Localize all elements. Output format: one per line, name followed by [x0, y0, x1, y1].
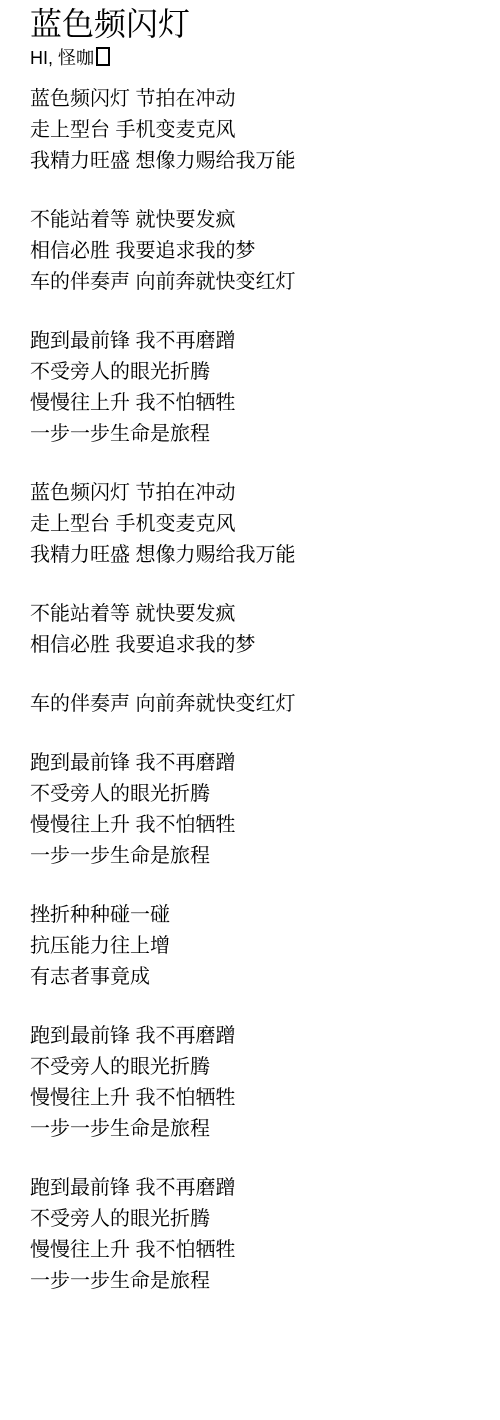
artist-line: HI, 怪咖 [30, 46, 480, 70]
lyric-line: 抗压能力往上增 [30, 931, 480, 962]
lyric-stanza: 不能站着等 就快要发疯相信必胜 我要追求我的梦车的伴奏声 向前奔就快变红灯 [30, 205, 480, 298]
page-title: 蓝色频闪灯 [30, 2, 480, 46]
lyric-line: 相信必胜 我要追求我的梦 [30, 236, 480, 267]
lyric-stanza: 跑到最前锋 我不再磨蹭不受旁人的眼光折腾慢慢往上升 我不怕牺牲一步一步生命是旅程 [30, 1173, 480, 1297]
lyric-stanza: 跑到最前锋 我不再磨蹭不受旁人的眼光折腾慢慢往上升 我不怕牺牲一步一步生命是旅程 [30, 748, 480, 872]
lyric-line: 不能站着等 就快要发疯 [30, 205, 480, 236]
lyric-stanza: 跑到最前锋 我不再磨蹭不受旁人的眼光折腾慢慢往上升 我不怕牺牲一步一步生命是旅程 [30, 1021, 480, 1145]
lyric-line: 有志者事竟成 [30, 962, 480, 993]
lyric-stanza: 跑到最前锋 我不再磨蹭不受旁人的眼光折腾慢慢往上升 我不怕牺牲一步一步生命是旅程 [30, 326, 480, 450]
lyric-line: 跑到最前锋 我不再磨蹭 [30, 326, 480, 357]
missing-glyph-box [96, 47, 110, 66]
lyric-line: 走上型台 手机变麦克风 [30, 115, 480, 146]
lyric-line: 不受旁人的眼光折腾 [30, 357, 480, 388]
lyric-line: 我精力旺盛 想像力赐给我万能 [30, 540, 480, 571]
lyric-line: 一步一步生命是旅程 [30, 841, 480, 872]
lyric-line: 相信必胜 我要追求我的梦 [30, 630, 480, 661]
lyric-line: 慢慢往上升 我不怕牺牲 [30, 388, 480, 419]
lyric-line: 走上型台 手机变麦克风 [30, 509, 480, 540]
lyric-line: 车的伴奏声 向前奔就快变红灯 [30, 689, 480, 720]
lyrics-body: 蓝色频闪灯 节拍在冲动走上型台 手机变麦克风我精力旺盛 想像力赐给我万能不能站着… [30, 84, 480, 1297]
lyric-stanza: 车的伴奏声 向前奔就快变红灯 [30, 689, 480, 720]
lyric-line: 跑到最前锋 我不再磨蹭 [30, 748, 480, 779]
lyric-stanza: 蓝色频闪灯 节拍在冲动走上型台 手机变麦克风我精力旺盛 想像力赐给我万能 [30, 478, 480, 571]
lyric-line: 挫折种种碰一碰 [30, 900, 480, 931]
lyric-stanza: 蓝色频闪灯 节拍在冲动走上型台 手机变麦克风我精力旺盛 想像力赐给我万能 [30, 84, 480, 177]
lyric-line: 跑到最前锋 我不再磨蹭 [30, 1021, 480, 1052]
lyric-line: 一步一步生命是旅程 [30, 1266, 480, 1297]
lyric-line: 蓝色频闪灯 节拍在冲动 [30, 478, 480, 509]
lyric-line: 跑到最前锋 我不再磨蹭 [30, 1173, 480, 1204]
lyric-line: 慢慢往上升 我不怕牺牲 [30, 810, 480, 841]
lyric-line: 我精力旺盛 想像力赐给我万能 [30, 146, 480, 177]
lyric-line: 慢慢往上升 我不怕牺牲 [30, 1083, 480, 1114]
lyric-line: 不受旁人的眼光折腾 [30, 1204, 480, 1235]
lyric-stanza: 不能站着等 就快要发疯相信必胜 我要追求我的梦 [30, 599, 480, 661]
lyric-line: 不能站着等 就快要发疯 [30, 599, 480, 630]
lyric-line: 车的伴奏声 向前奔就快变红灯 [30, 267, 480, 298]
lyric-line: 蓝色频闪灯 节拍在冲动 [30, 84, 480, 115]
artist-text: HI, 怪咖 [30, 48, 94, 68]
lyrics-page: 蓝色频闪灯 HI, 怪咖 蓝色频闪灯 节拍在冲动走上型台 手机变麦克风我精力旺盛… [0, 0, 500, 1420]
lyric-line: 一步一步生命是旅程 [30, 419, 480, 450]
lyric-line: 一步一步生命是旅程 [30, 1114, 480, 1145]
lyric-stanza: 挫折种种碰一碰抗压能力往上增有志者事竟成 [30, 900, 480, 993]
lyric-line: 不受旁人的眼光折腾 [30, 779, 480, 810]
lyric-line: 慢慢往上升 我不怕牺牲 [30, 1235, 480, 1266]
lyric-line: 不受旁人的眼光折腾 [30, 1052, 480, 1083]
